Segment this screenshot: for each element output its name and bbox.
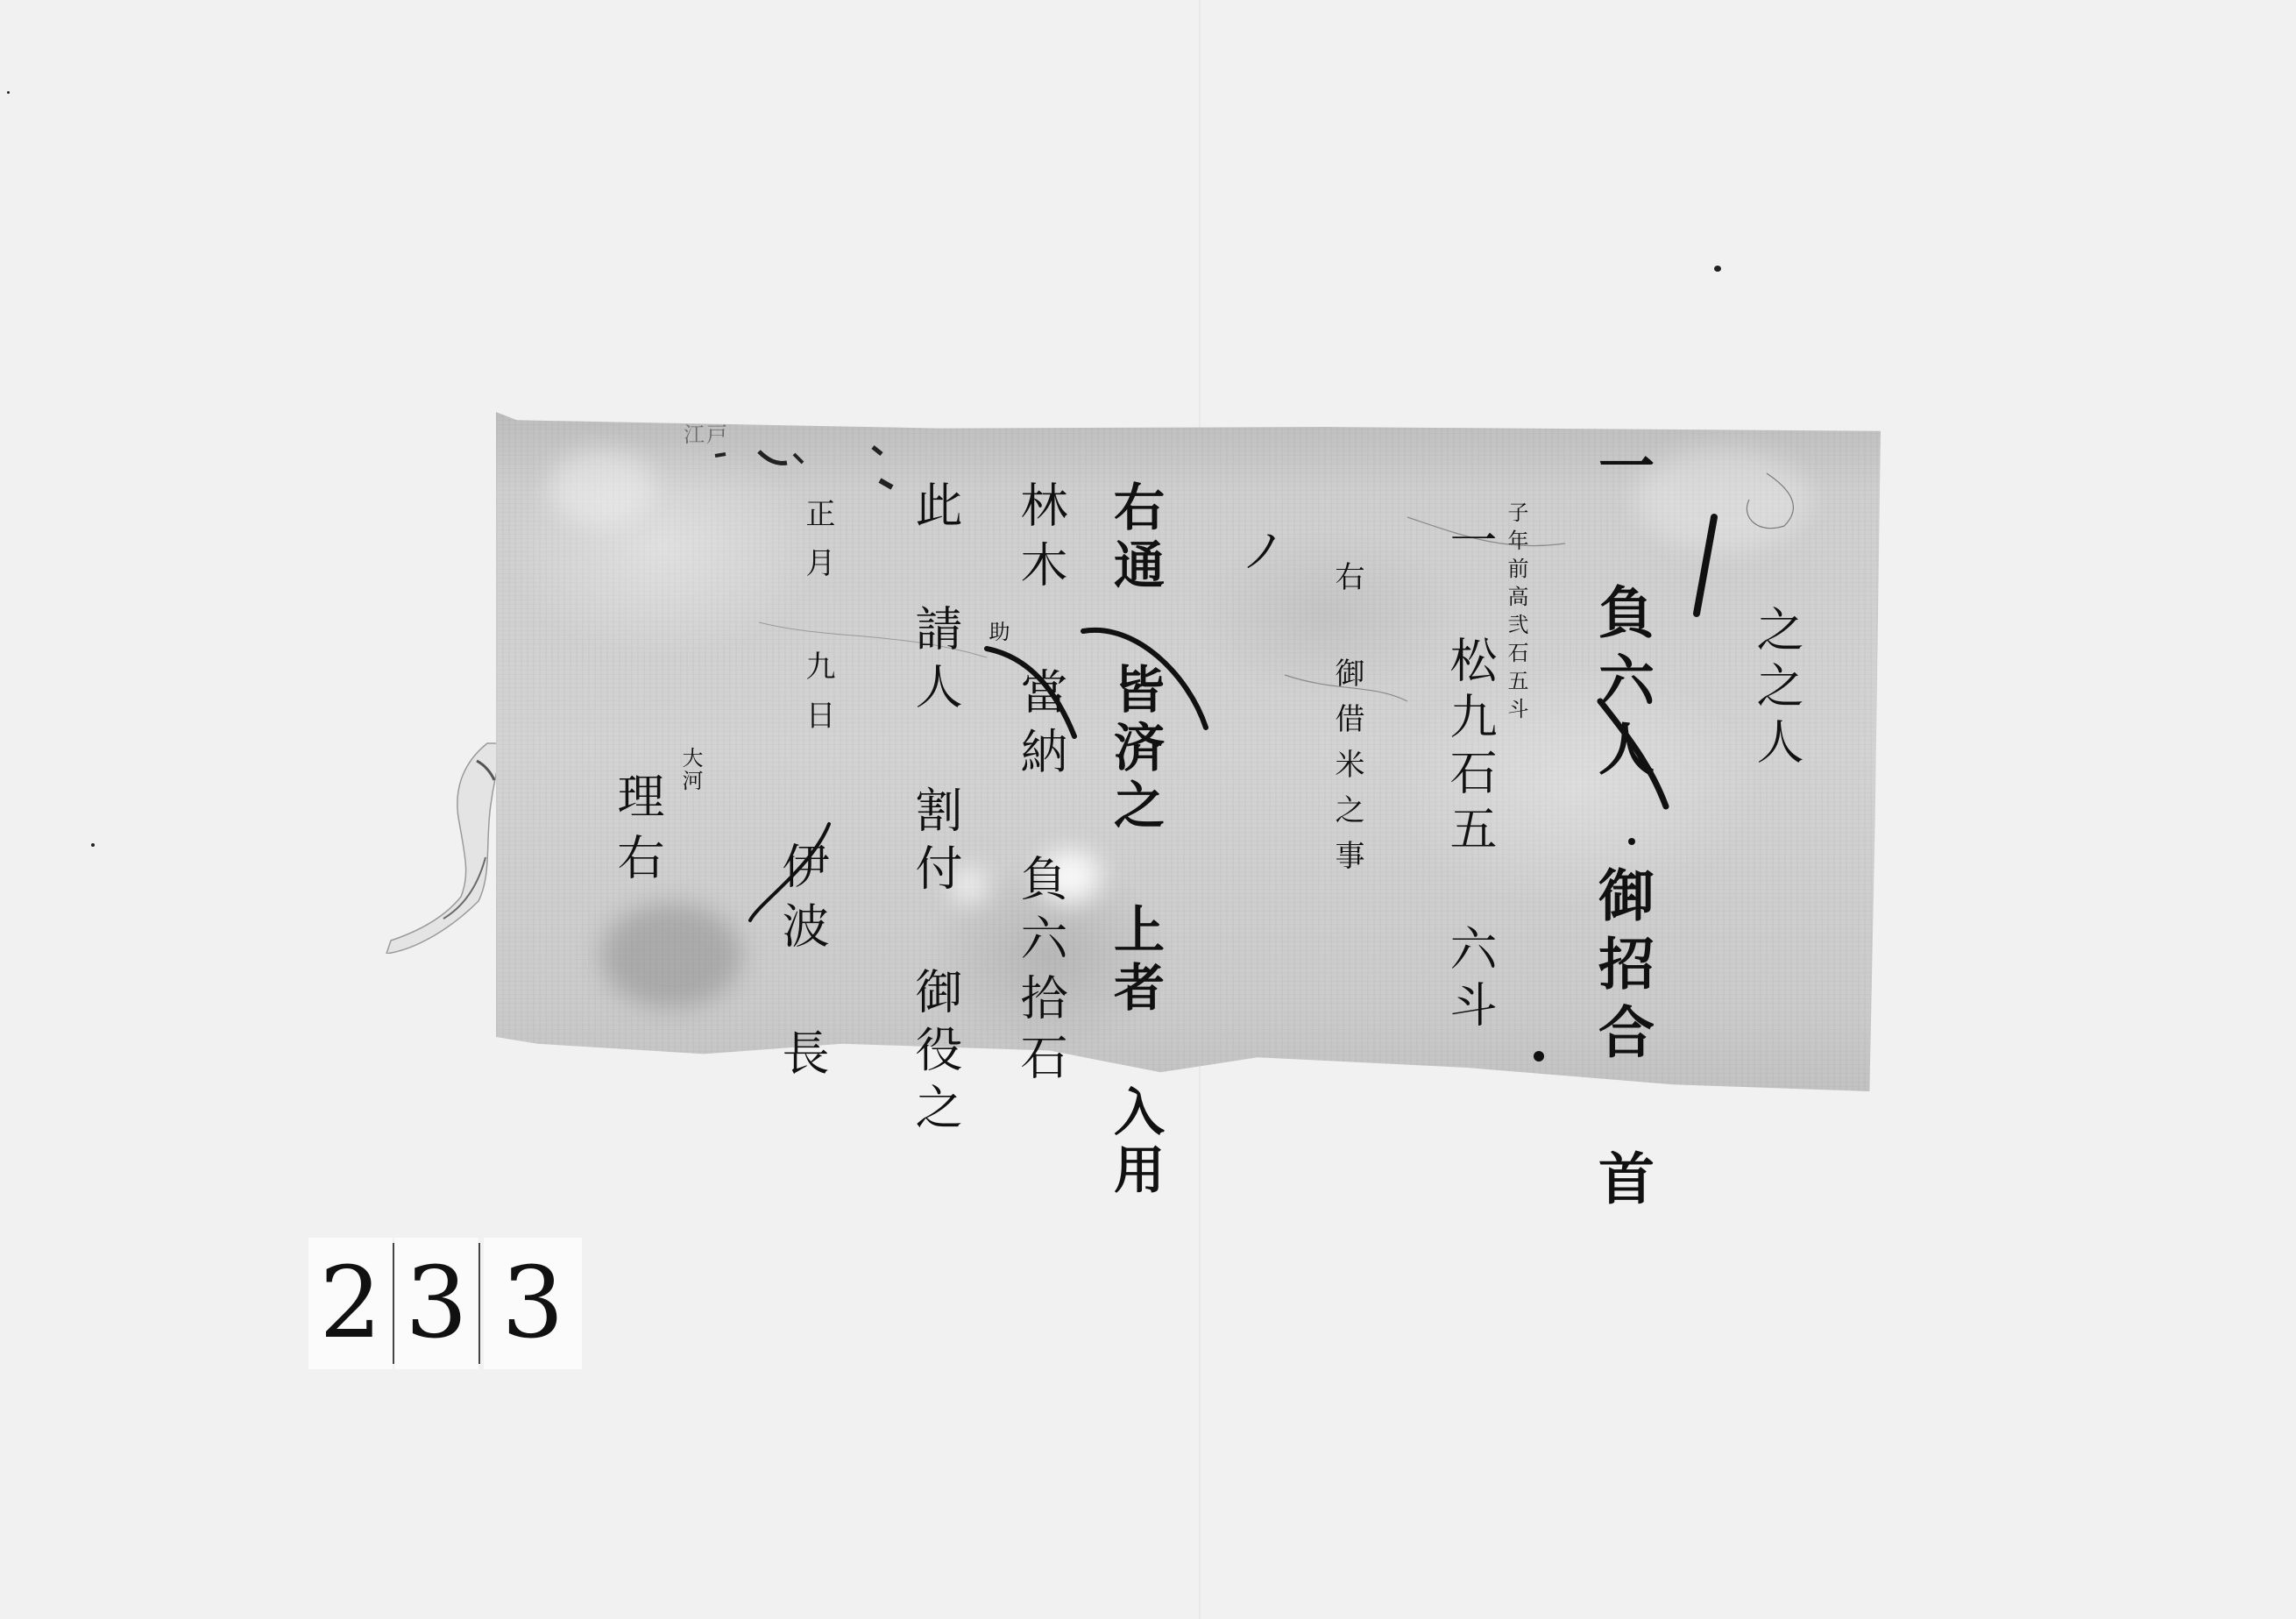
label-digit-1: 2 bbox=[308, 1238, 393, 1369]
label-divider bbox=[478, 1243, 480, 1364]
paper-stain bbox=[549, 447, 654, 526]
doc-column-12: 伊波 長 bbox=[778, 841, 826, 1088]
doc-column-10: 此 請人 割付 御役之 bbox=[911, 480, 959, 1140]
doc-column-5: 右 御借米之事 bbox=[1332, 561, 1362, 885]
doc-column-11: 正月 九日 bbox=[803, 498, 833, 749]
backdrop-speck bbox=[91, 843, 95, 847]
doc-column-7: 右通 皆済之 上者 入用 bbox=[1109, 480, 1160, 1201]
label-digit-2: 3 bbox=[394, 1238, 478, 1369]
backdrop-speck bbox=[1714, 266, 1721, 272]
header-smudge-text: 江戸 bbox=[684, 424, 729, 445]
doc-column-13-note: 大河 bbox=[680, 747, 701, 792]
label-digit-3: 3 bbox=[484, 1238, 582, 1369]
doc-column-3-note: 子年前高弐石五斗 bbox=[1506, 501, 1527, 726]
doc-column-6: ノ bbox=[1236, 526, 1283, 582]
paper-stain bbox=[601, 903, 741, 1008]
doc-column-1: 之之人 bbox=[1753, 605, 1800, 773]
doc-column-4: 一 松九石五 六斗 bbox=[1446, 515, 1493, 1036]
doc-column-9-note: 助 bbox=[987, 621, 1008, 643]
doc-column-8: 林木 當納 負六拾石 bbox=[1017, 480, 1064, 1092]
backdrop-speck bbox=[7, 91, 10, 94]
doc-column-2: 一 負六人 御招合 首 bbox=[1593, 437, 1649, 1218]
doc-column-14: 理右 bbox=[613, 771, 661, 894]
document-sheet bbox=[496, 412, 1881, 1091]
torn-paper-tab bbox=[382, 735, 505, 954]
paper-stain bbox=[1635, 447, 1811, 552]
archive-number-label: 2 3 3 bbox=[308, 1238, 582, 1369]
